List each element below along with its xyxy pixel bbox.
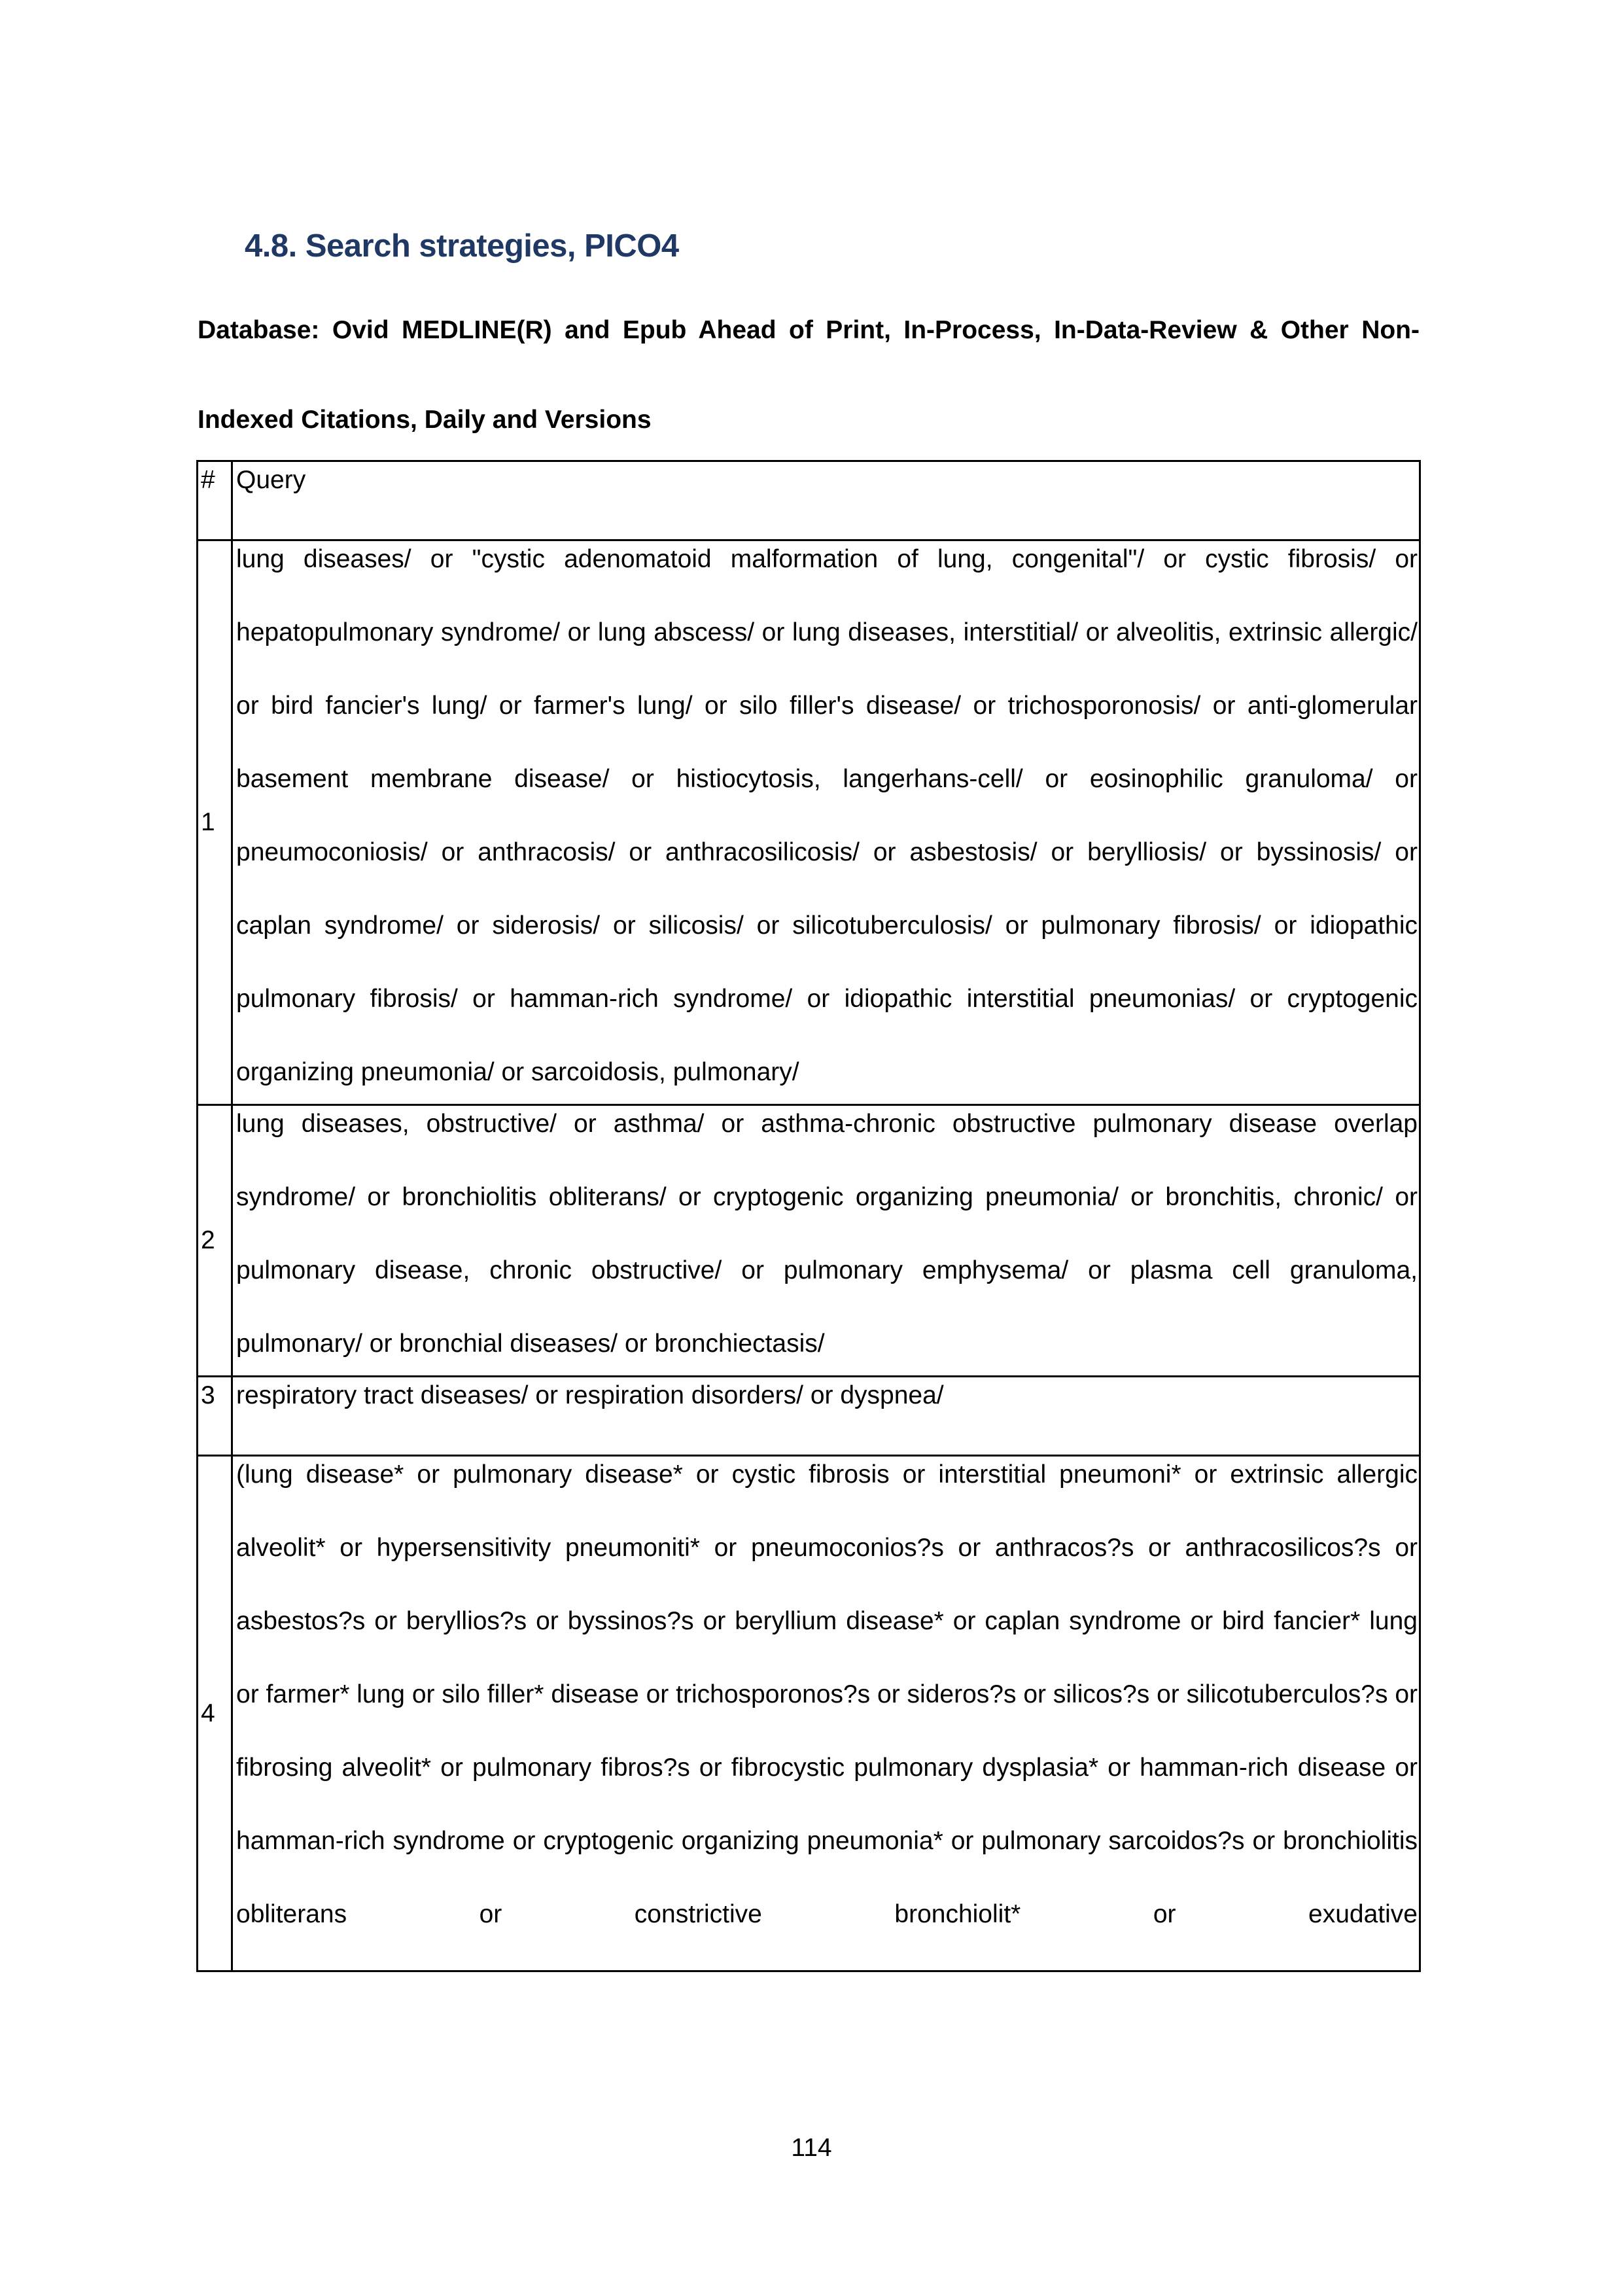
row-query: lung diseases, obstructive/ or asthma/ o… (232, 1105, 1420, 1377)
row-number: 3 (198, 1377, 232, 1456)
row-query: lung diseases/ or "cystic adenomatoid ma… (232, 540, 1420, 1105)
row-number: 1 (198, 540, 232, 1105)
page-number: 114 (0, 2132, 1623, 2164)
search-strategy-table: # Query 1 lung diseases/ or "cystic aden… (196, 460, 1421, 1972)
row-query: (lung disease* or pulmonary disease* or … (232, 1456, 1420, 1971)
section-title: 4.8. Search strategies, PICO4 (245, 223, 679, 269)
row-number: 4 (198, 1456, 232, 1971)
table-row: 2 lung diseases, obstructive/ or asthma/… (198, 1105, 1420, 1377)
table-row: 4 (lung disease* or pulmonary disease* o… (198, 1456, 1420, 1971)
database-heading-line-1: Database: Ovid MEDLINE(R) and Epub Ahead… (198, 285, 1420, 375)
table-row: 1 lung diseases/ or "cystic adenomatoid … (198, 540, 1420, 1105)
database-heading: Database: Ovid MEDLINE(R) and Epub Ahead… (198, 285, 1420, 465)
column-header-number: # (198, 461, 232, 540)
row-number: 2 (198, 1105, 232, 1377)
